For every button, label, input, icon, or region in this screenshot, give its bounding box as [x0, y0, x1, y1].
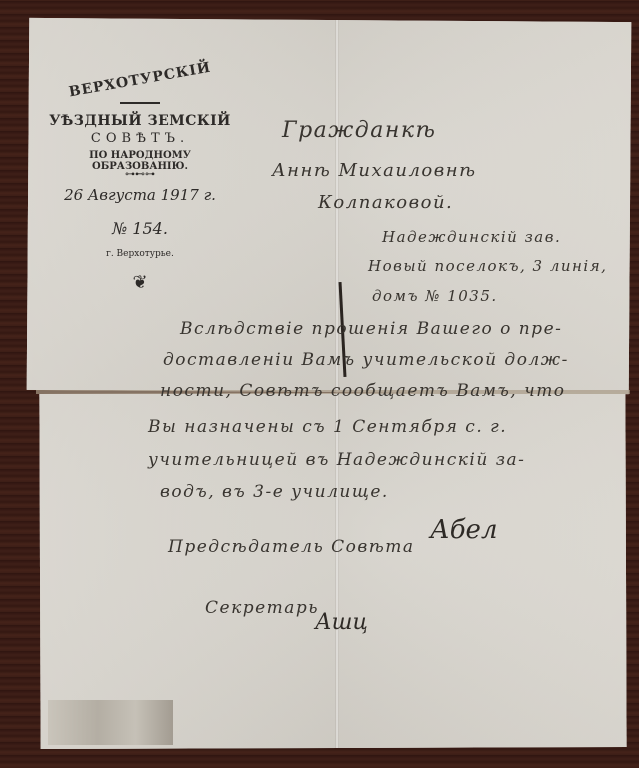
address-line3: Колпаковой. — [318, 192, 453, 213]
address-line1: Гражданкѣ — [282, 118, 436, 143]
address-line6: домъ № 1035. — [372, 287, 498, 305]
secretary-label: Секретарь — [205, 598, 319, 618]
letterhead-line2: УѢЗДНЫЙ ЗЕМСКІЙ — [40, 113, 240, 129]
body-line4: Вы назначены съ 1 Сентября с. г. — [148, 417, 507, 437]
flourish-icon: ❦ — [40, 272, 240, 293]
address-line2: Аннѣ Михаиловнѣ — [272, 160, 476, 181]
body-line2: доставленіи Вамъ учительской долж- — [163, 350, 569, 370]
secretary-signature: Ашц — [315, 610, 368, 635]
body-line1: Вслѣдствіе прошенія Вашего о пре- — [180, 319, 562, 339]
ornament-divider-icon: ⊶⊷⊶ — [40, 169, 240, 180]
body-line3: ности, Совѣтъ сообщаетъ Вамъ, что — [160, 381, 566, 401]
document-lower-half — [39, 392, 626, 749]
letterhead-number: № 154. — [40, 219, 240, 238]
letterhead-city: г. Верхотурье. — [40, 249, 240, 259]
blurred-watermark — [48, 700, 173, 745]
letterhead-date: 26 Августа 1917 г. — [40, 186, 240, 204]
body-line6: водъ, въ 3-е училище. — [160, 482, 389, 502]
letterhead-rule — [120, 102, 160, 104]
body-line5: учительницей въ Надеждинскій за- — [148, 450, 525, 470]
chairman-signature: Абел — [430, 515, 498, 545]
address-line5: Новый поселокъ, 3 линія, — [368, 257, 607, 275]
letterhead-line3: СОВѢТЪ. — [40, 131, 240, 146]
address-line4: Надеждинскій зав. — [382, 228, 561, 246]
chairman-label: Предсѣдатель Совѣта — [168, 537, 415, 557]
